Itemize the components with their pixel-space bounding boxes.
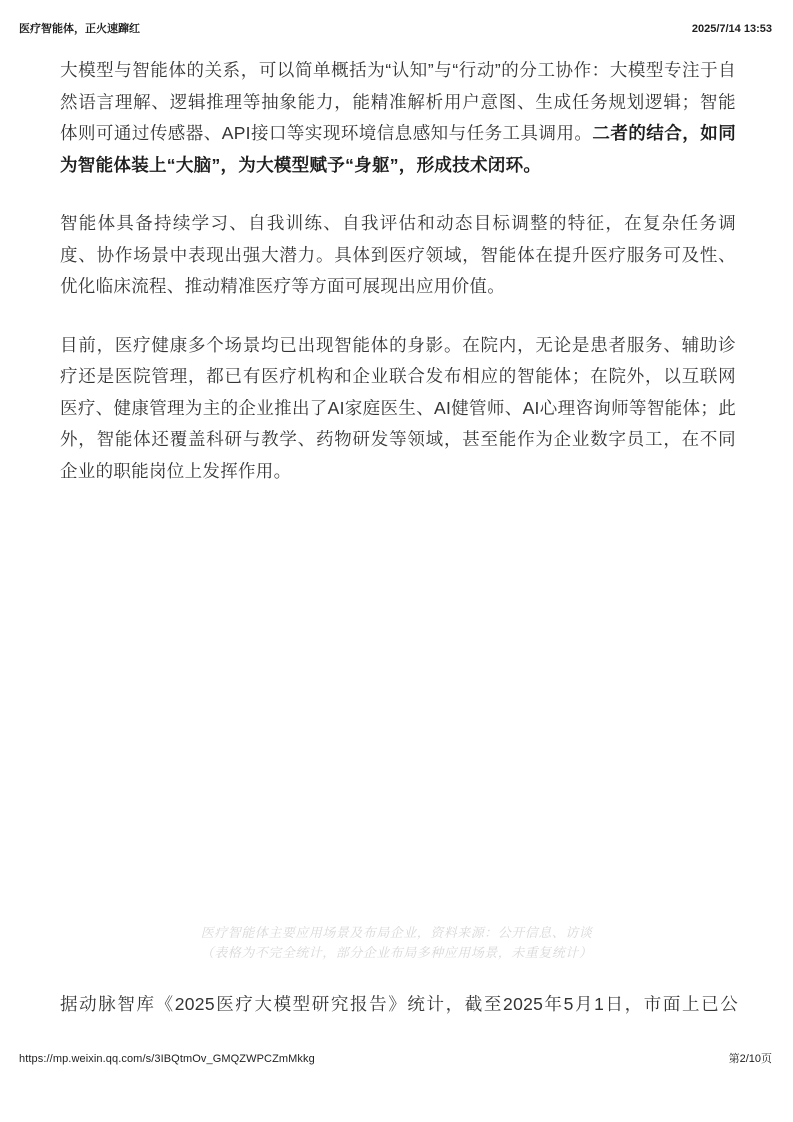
paragraph-1: 大模型与智能体的关系，可以简单概括为“认知”与“行动”的分工协作：大模型专注于自… <box>60 55 736 181</box>
source-url: https://mp.weixin.qq.com/s/3IBQtmOv_GMQZ… <box>19 1053 315 1066</box>
unloaded-image-area <box>60 500 736 910</box>
document-title: 医疗智能体，正火速蹿红 <box>19 23 140 35</box>
document-page: 医疗智能体，正火速蹿红 2025/7/14 13:53 大模型与智能体的关系，可… <box>0 0 793 1122</box>
figure-caption: 医疗智能体主要应用场景及布局企业，资料来源：公开信息、访谈 （表格为不完全统计，… <box>0 923 793 962</box>
caption-line-2: （表格为不完全统计，部分企业布局多种应用场景，未重复统计） <box>0 943 793 963</box>
page-footer: https://mp.weixin.qq.com/s/3IBQtmOv_GMQZ… <box>19 1053 772 1066</box>
print-datetime: 2025/7/14 13:53 <box>692 23 772 35</box>
page-number: 第2/10页 <box>729 1053 772 1066</box>
page-header: 医疗智能体，正火速蹿红 2025/7/14 13:53 <box>19 23 772 35</box>
paragraph-2: 智能体具备持续学习、自我训练、自我评估和动态目标调整的特征，在复杂任务调度、协作… <box>60 208 736 303</box>
caption-line-1: 医疗智能体主要应用场景及布局企业，资料来源：公开信息、访谈 <box>0 923 793 943</box>
paragraph-3: 目前，医疗健康多个场景均已出现智能体的身影。在院内，无论是患者服务、辅助诊疗还是… <box>60 330 736 488</box>
article-body: 大模型与智能体的关系，可以简单概括为“认知”与“行动”的分工协作：大模型专注于自… <box>60 55 736 514</box>
paragraph-4: 据动脉智库《2025医疗大模型研究报告》统计，截至2025年5月1日，市面上已公 <box>60 989 738 1021</box>
